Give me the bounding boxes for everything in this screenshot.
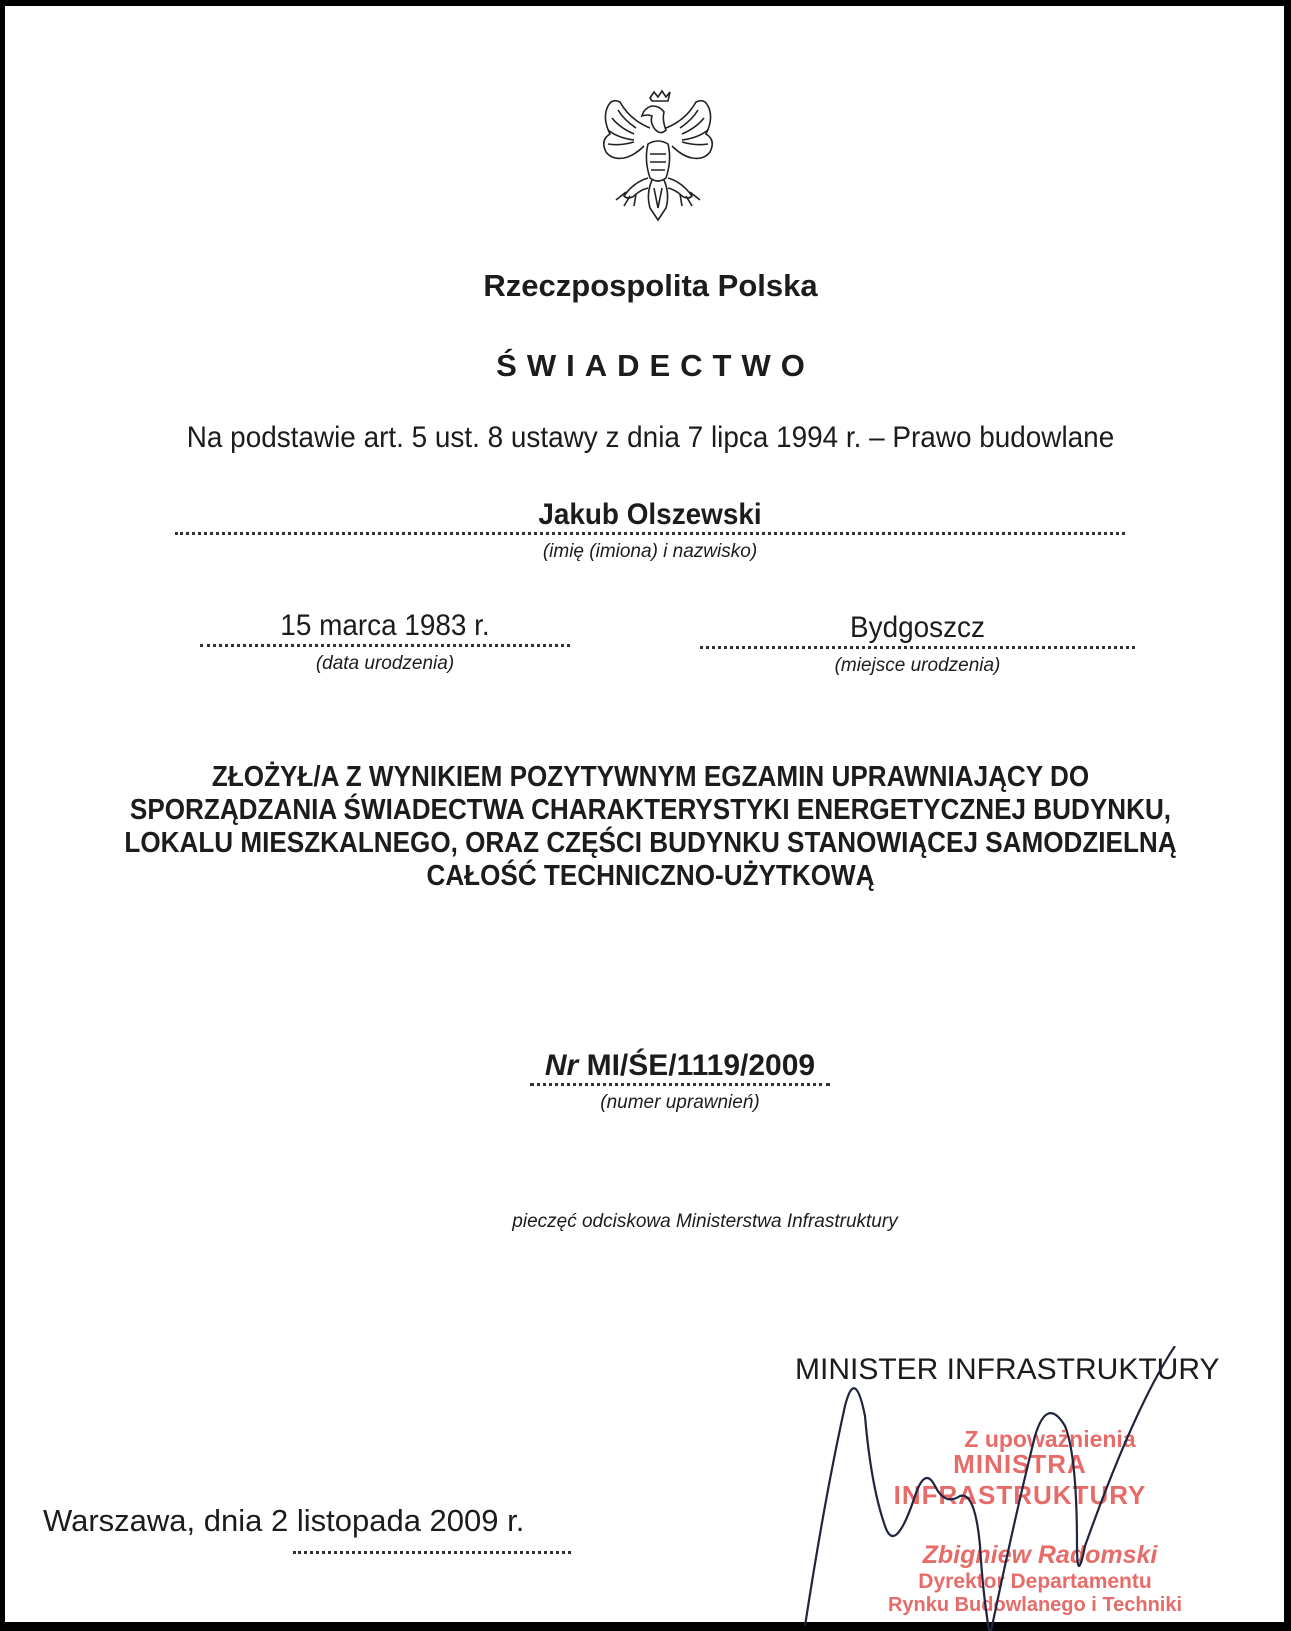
document-page: Rzeczpospolita Polska ŚWIADECTWO Na pods…	[0, 0, 1291, 1631]
birth-place-caption: (miejsce urodzenia)	[700, 655, 1135, 677]
birth-date-caption: (data urodzenia)	[200, 653, 570, 675]
dotted-line	[530, 1083, 830, 1086]
certificate-number: Nr MI/ŚE/1119/2009	[530, 1049, 830, 1083]
birth-date: 15 marca 1983 r.	[213, 608, 557, 644]
country-heading: Rzeczpospolita Polska	[5, 268, 1291, 304]
document-title: ŚWIADECTWO	[5, 348, 1291, 384]
birth-date-field: 15 marca 1983 r. (data urodzenia)	[200, 608, 570, 675]
number-prefix: Nr	[545, 1049, 578, 1082]
dotted-line	[700, 646, 1135, 649]
birth-place: Bydgoszcz	[715, 610, 1120, 646]
signature-icon	[785, 1346, 1245, 1631]
legal-basis: Na podstawie art. 5 ust. 8 ustawy z dnia…	[50, 421, 1251, 455]
holder-name: Jakub Olszewski	[208, 498, 1092, 532]
certificate-number-field: Nr MI/ŚE/1119/2009 (numer uprawnień)	[530, 1049, 830, 1114]
dotted-line	[200, 644, 570, 647]
polish-eagle-emblem-icon	[590, 88, 725, 228]
seal-note: pieczęć odciskowa Ministerstwa Infrastru…	[445, 1211, 965, 1233]
birth-place-field: Bydgoszcz (miejsce urodzenia)	[700, 610, 1135, 677]
place-and-date: Warszawa, dnia 2 listopada 2009 r.	[43, 1503, 524, 1539]
holder-name-field: Jakub Olszewski (imię (imiona) i nazwisk…	[175, 498, 1125, 563]
holder-name-caption: (imię (imiona) i nazwisko)	[175, 541, 1125, 563]
statement-line: LOKALU MIESZKALNEGO, ORAZ CZĘŚCI BUDYNKU…	[88, 827, 1214, 860]
certification-statement: ZŁOŻYŁ/A Z WYNIKIEM POZYTYWNYM EGZAMIN U…	[88, 761, 1214, 893]
number-value: MI/ŚE/1119/2009	[587, 1049, 816, 1082]
dotted-line	[293, 1551, 571, 1554]
statement-line: CAŁOŚĆ TECHNICZNO-UŻYTKOWĄ	[88, 860, 1214, 893]
statement-line: ZŁOŻYŁ/A Z WYNIKIEM POZYTYWNYM EGZAMIN U…	[88, 761, 1214, 794]
statement-line: SPORZĄDZANIA ŚWIADECTWA CHARAKTERYSTYKI …	[88, 794, 1214, 827]
certificate-number-caption: (numer uprawnień)	[530, 1092, 830, 1114]
dotted-line	[175, 532, 1125, 535]
